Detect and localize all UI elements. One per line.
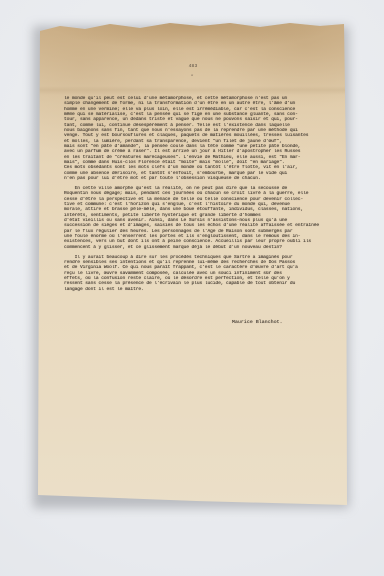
text-line: Roquentin nous dégage; mais, pendant ces… bbox=[64, 191, 342, 196]
typewritten-text: le monde qu'il peut est celui d'une méta… bbox=[64, 96, 342, 292]
typescript-page: 483 " le monde qu'il peut est celui d'un… bbox=[36, 20, 348, 508]
text-line: commencent à y glisser, et ce glissement… bbox=[64, 245, 342, 250]
paragraph: le monde qu'il peut est celui d'une méta… bbox=[64, 96, 342, 181]
text-line: venge. Tout y est boursouflures et claqu… bbox=[64, 133, 342, 138]
paragraph: Il y aurait beaucoup à dire sur les proc… bbox=[64, 255, 342, 292]
photo-background: 483 " le monde qu'il peut est celui d'un… bbox=[0, 0, 384, 576]
page-number: 483 bbox=[180, 64, 206, 69]
text-line: langage dont il est le maître. bbox=[64, 287, 342, 292]
text-line: n'en pas pour lui d'être mot et par tout… bbox=[64, 176, 342, 181]
paragraph: En cette ville amorphe qu'est la réalité… bbox=[64, 186, 342, 250]
text-line: succession de sièges et d'images, saisie… bbox=[64, 223, 342, 228]
text-line: morale, attire et brasse pêle-mêle, dans… bbox=[64, 207, 342, 212]
author-signature: Maurice Blanchot. bbox=[232, 320, 283, 325]
text-line: existences, vers un but dont ils ont à p… bbox=[64, 239, 342, 244]
typed-mark: " bbox=[191, 75, 194, 80]
text-line: avec un parfum de crème à raser". Il est… bbox=[64, 149, 342, 154]
